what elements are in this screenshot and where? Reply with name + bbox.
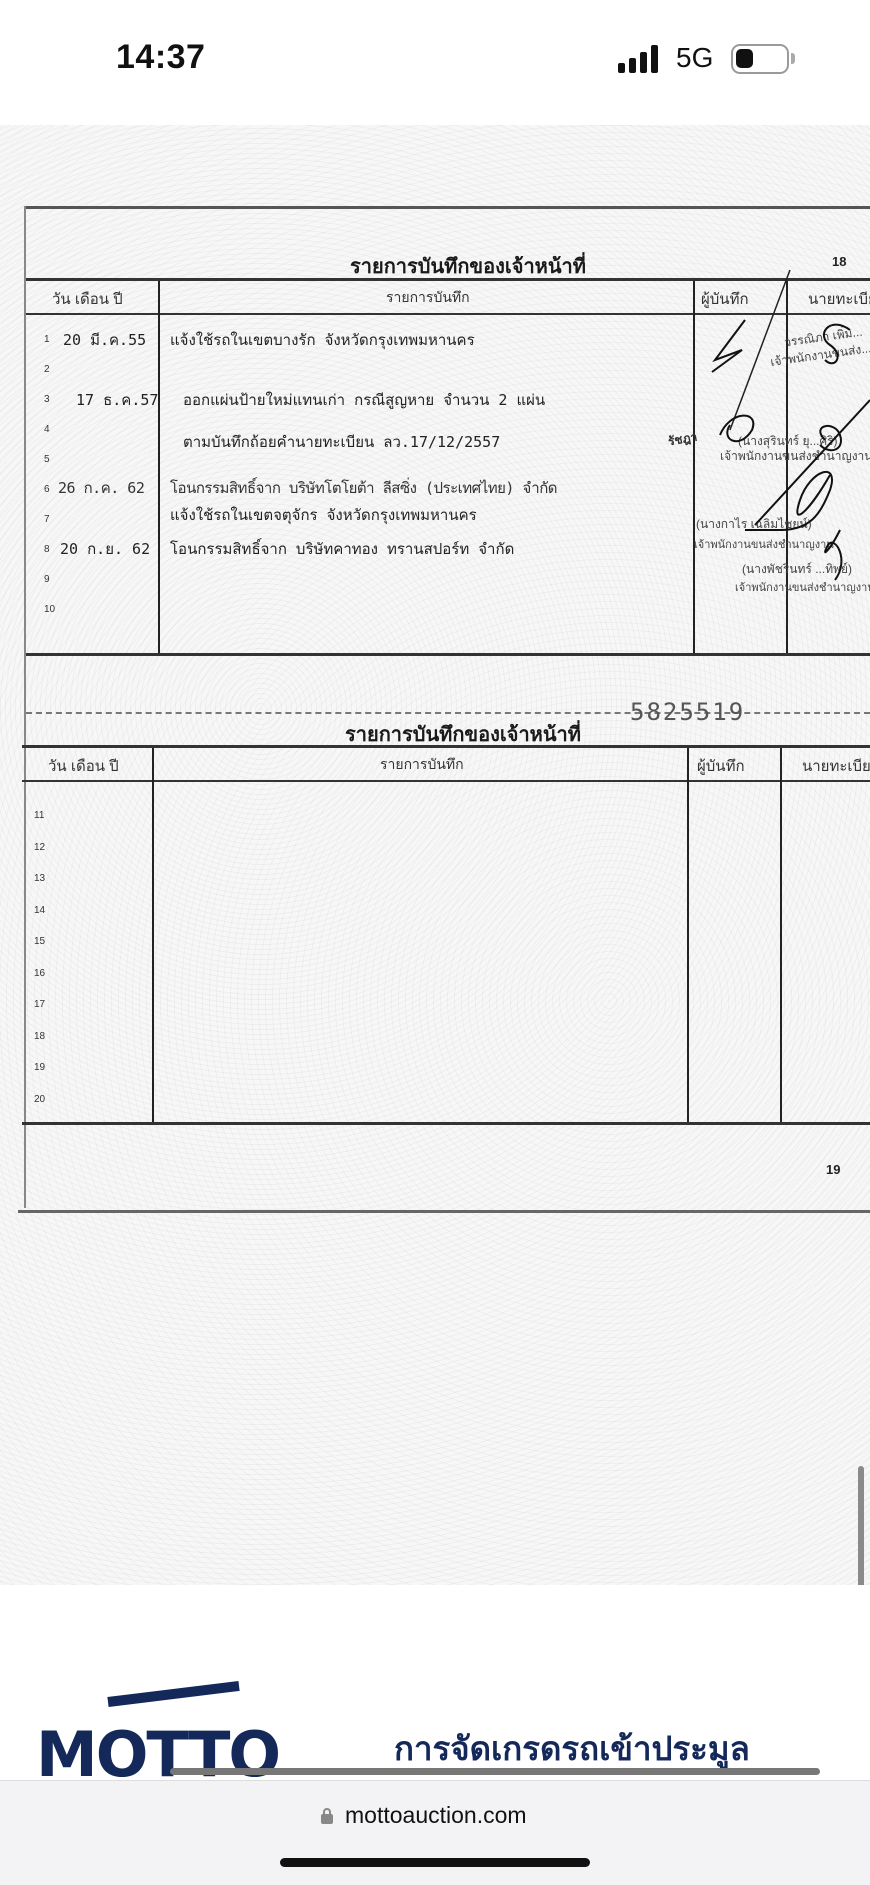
row-number: 3 — [44, 394, 50, 405]
column-header-date: วัน เดือน ปี — [52, 287, 123, 311]
entry-date: 26 ก.ค. 62 — [58, 476, 144, 500]
page-edge — [18, 1210, 870, 1213]
row-number: 10 — [44, 604, 55, 615]
row-number: 15 — [34, 936, 45, 947]
row-number: 2 — [44, 364, 50, 375]
page-edge — [26, 206, 870, 209]
stamp-number: 5825519 — [630, 698, 745, 726]
entry-text: แจ้งใช้รถในเขตบางรัก จังหวัดกรุงเทพมหานค… — [170, 328, 475, 352]
entry-text: แจ้งใช้รถในเขตจตุจักร จังหวัดกรุงเทพมหาน… — [170, 503, 477, 527]
entry-text: โอนกรรมสิทธิ์จาก บริษัทโตโยต้า ลีสซิ่ง (… — [170, 476, 557, 500]
records-table-lower: วัน เดือน ปี รายการบันทึก ผู้บันทึก นายท… — [22, 745, 870, 1125]
url-text[interactable]: mottoauction.com — [345, 1802, 527, 1829]
column-header-recorder: ผู้บันทึก — [697, 754, 745, 778]
row-number: 19 — [34, 1062, 45, 1073]
row-number: 20 — [34, 1094, 45, 1105]
row-number: 17 — [34, 999, 45, 1010]
row-number: 8 — [44, 544, 50, 555]
row-number: 6 — [44, 484, 50, 495]
row-number: 4 — [44, 424, 50, 435]
status-time: 14:37 — [116, 38, 205, 77]
lock-icon — [321, 1808, 333, 1823]
battery-icon — [731, 44, 789, 74]
browser-address-bar[interactable] — [0, 1780, 870, 1885]
row-number: 13 — [34, 873, 45, 884]
page-number: 19 — [826, 1162, 840, 1177]
row-number: 12 — [34, 842, 45, 853]
row-number: 5 — [44, 454, 50, 465]
battery-cap — [791, 53, 795, 64]
handwritten-signatures — [680, 260, 870, 620]
home-indicator[interactable] — [280, 1858, 590, 1867]
banner-divider — [170, 1768, 820, 1775]
row-number: 14 — [34, 905, 45, 916]
entry-text: ออกแผ่นป้ายใหม่แทนเก่า กรณีสูญหาย จำนวน … — [183, 388, 545, 412]
row-number: 7 — [44, 514, 50, 525]
column-header-record: รายการบันทึก — [380, 754, 464, 776]
signal-bars-icon — [618, 45, 662, 73]
entry-date: 20 มี.ค.55 — [63, 328, 146, 352]
battery-level — [736, 49, 753, 68]
column-header-registrar: นายทะเบียน — [802, 754, 870, 778]
entry-date: 17 ธ.ค.57 — [76, 388, 158, 412]
row-number: 9 — [44, 574, 50, 585]
column-header-record: รายการบันทึก — [386, 287, 470, 309]
entry-date: 20 ก.ย. 62 — [60, 537, 150, 561]
row-number: 16 — [34, 968, 45, 979]
network-type: 5G — [676, 42, 713, 74]
row-number: 1 — [44, 334, 50, 345]
row-number: 18 — [34, 1031, 45, 1042]
entry-text: ตามบันทึกถ้อยคำนายทะเบียน ลว.17/12/2557 — [183, 430, 500, 454]
column-header-date: วัน เดือน ปี — [48, 754, 119, 778]
row-number: 11 — [34, 810, 44, 821]
entry-text: โอนกรรมสิทธิ์จาก บริษัทคาทอง ทรานสปอร์ท … — [170, 537, 514, 561]
status-bar: 14:37 5G — [0, 0, 870, 120]
